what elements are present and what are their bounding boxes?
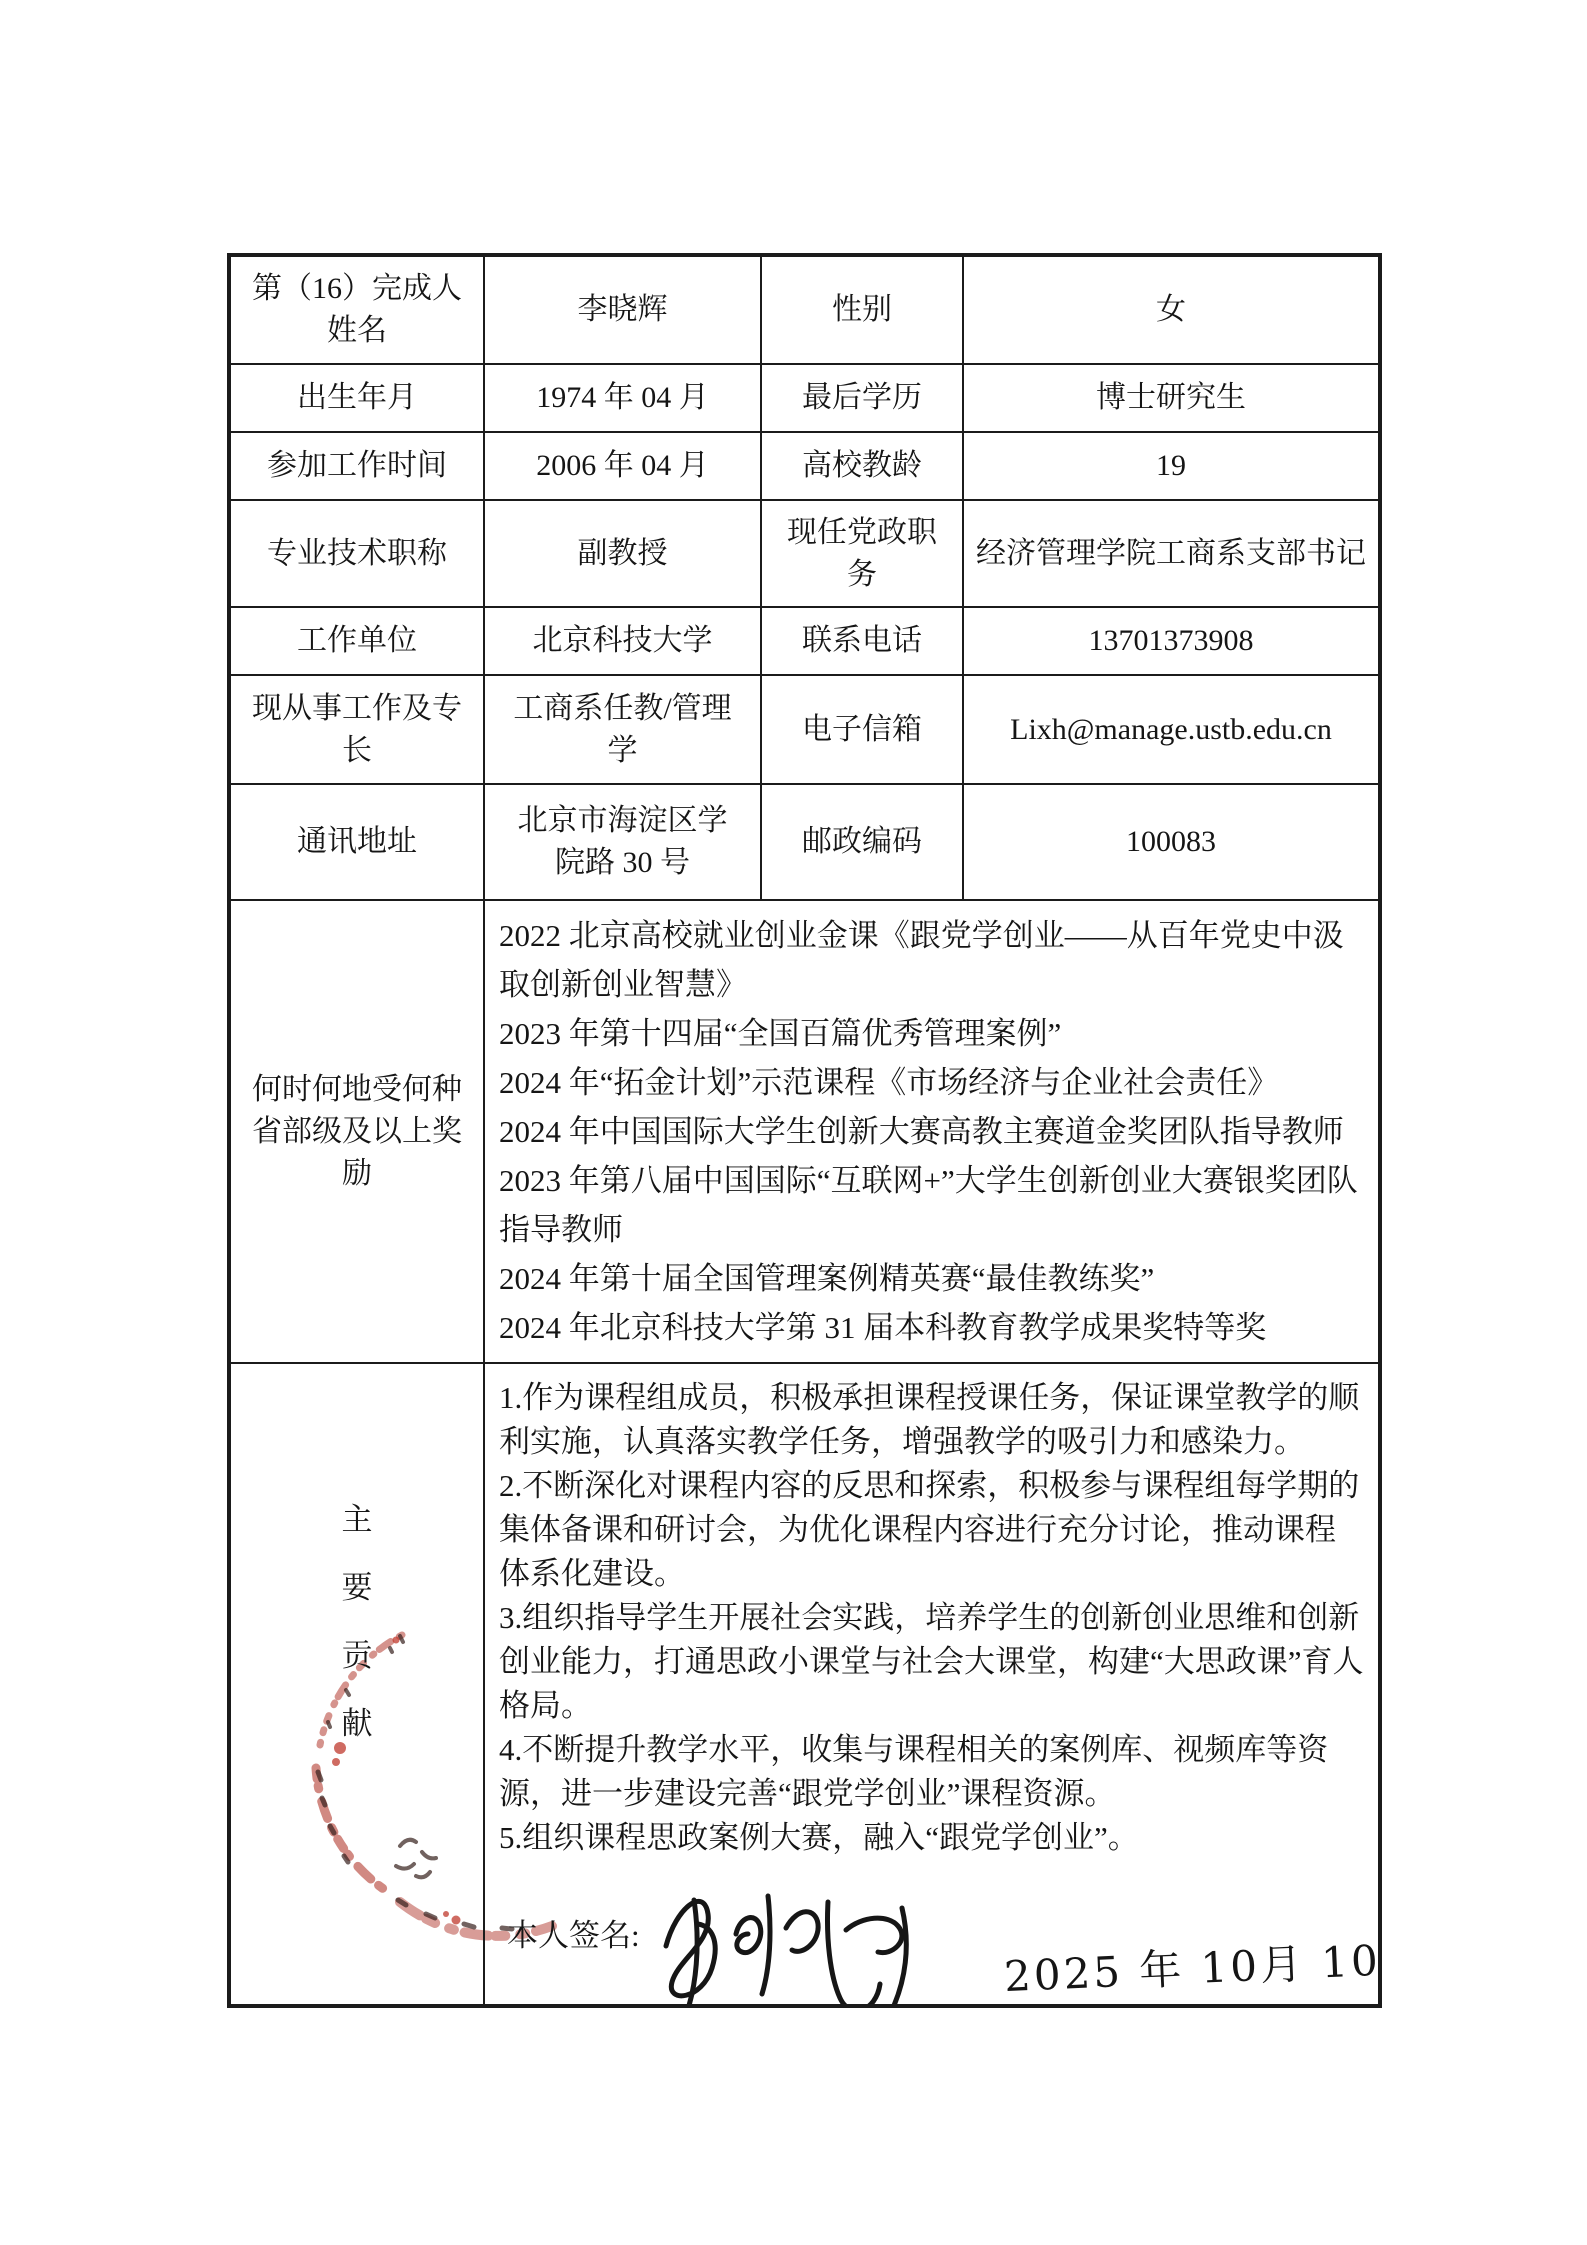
list-item: 2023 年第八届中国国际“互联网+”大学生创新创业大赛银奖团队指导教师 — [499, 1156, 1364, 1254]
list-item: 2.不断深化对课程内容的反思和探索，积极参与课程组每学期的集体备课和研讨会，为优… — [499, 1464, 1364, 1596]
list-item: 4.不断提升教学水平，收集与课程相关的案例库、视频库等资源，进一步建设完善“跟党… — [499, 1728, 1364, 1816]
field-label-employer: 工作单位 — [229, 607, 484, 675]
field-label-mailing-address: 通讯地址 — [229, 784, 484, 900]
field-value-phone: 13701373908 — [963, 607, 1380, 675]
awards-list: 2022 北京高校就业创业金课《跟党学创业——从百年党史中汲取创新创业智慧》20… — [484, 900, 1380, 1363]
field-label-work-start: 参加工作时间 — [229, 432, 484, 500]
field-label-current-work: 现从事工作及专长 — [229, 675, 484, 784]
personnel-form-table: 第（16）完成人姓名 李晓辉 性别 女 出生年月 1974 年 04 月 最后学… — [227, 253, 1382, 2008]
table-row: 参加工作时间 2006 年 04 月 高校教龄 19 — [229, 432, 1380, 500]
signature-block: 本人签名: — [507, 1874, 942, 2006]
list-item: 2023 年第十四届“全国百篇优秀管理案例” — [499, 1009, 1364, 1058]
field-label-postal-code: 邮政编码 — [761, 784, 963, 900]
signature-label: 本人签名: — [507, 1874, 640, 1958]
contributions-cell: 1.作为课程组成员，积极承担课程授课任务，保证课堂教学的顺利实施，认真落实教学任… — [484, 1363, 1380, 2006]
list-item: 2024 年“拓金计划”示范课程《市场经济与企业社会责任》 — [499, 1058, 1364, 1107]
field-value-work-start: 2006 年 04 月 — [484, 432, 761, 500]
list-item: 2024 年第十届全国管理案例精英赛“最佳教练奖” — [499, 1254, 1364, 1303]
field-label-highest-education: 最后学历 — [761, 364, 963, 432]
field-value-professional-title: 副教授 — [484, 500, 761, 607]
scanned-form-page: { "colors": { "border": "#1b1b1b", "text… — [0, 0, 1587, 2245]
field-value-highest-education: 博士研究生 — [963, 364, 1380, 432]
awards-label: 何时何地受何种省部级及以上奖励 — [229, 900, 484, 1363]
signature-handwriting-image — [642, 1874, 942, 2006]
field-value-teaching-years: 19 — [963, 432, 1380, 500]
field-label-gender: 性别 — [761, 255, 963, 364]
table-row: 通讯地址 北京市海淀区学院路 30 号 邮政编码 100083 — [229, 784, 1380, 900]
field-label-completer-name: 第（16）完成人姓名 — [229, 255, 484, 364]
field-value-completer-name: 李晓辉 — [484, 255, 761, 364]
field-label-professional-title: 专业技术职称 — [229, 500, 484, 607]
contributions-row: 主要贡献 1.作为课程组成员，积极承担课程授课任务，保证课堂教学的顺利实施，认真… — [229, 1363, 1380, 2006]
field-value-gender: 女 — [963, 255, 1380, 364]
field-label-birth-date: 出生年月 — [229, 364, 484, 432]
list-item: 2022 北京高校就业创业金课《跟党学创业——从百年党史中汲取创新创业智慧》 — [499, 911, 1364, 1009]
field-label-party-position: 现任党政职务 — [761, 500, 963, 607]
field-value-email: Lixh@manage.ustb.edu.cn — [963, 675, 1380, 784]
list-item: 1.作为课程组成员，积极承担课程授课任务，保证课堂教学的顺利实施，认真落实教学任… — [499, 1376, 1364, 1464]
list-item: 3.组织指导学生开展社会实践，培养学生的创新创业思维和创新创业能力，打通思政小课… — [499, 1596, 1364, 1728]
signature-date: 2025 年 10月 10日 — [1003, 1937, 1380, 1999]
table-row: 现从事工作及专长 工商系任教/管理学 电子信箱 Lixh@manage.ustb… — [229, 675, 1380, 784]
field-value-postal-code: 100083 — [963, 784, 1380, 900]
awards-row: 何时何地受何种省部级及以上奖励 2022 北京高校就业创业金课《跟党学创业——从… — [229, 900, 1380, 1363]
table-row: 出生年月 1974 年 04 月 最后学历 博士研究生 — [229, 364, 1380, 432]
field-label-phone: 联系电话 — [761, 607, 963, 675]
field-label-teaching-years: 高校教龄 — [761, 432, 963, 500]
field-label-email: 电子信箱 — [761, 675, 963, 784]
contributions-list: 1.作为课程组成员，积极承担课程授课任务，保证课堂教学的顺利实施，认真落实教学任… — [499, 1376, 1364, 1860]
list-item: 5.组织课程思政案例大赛，融入“跟党学创业”。 — [499, 1816, 1364, 1860]
field-value-party-position: 经济管理学院工商系支部书记 — [963, 500, 1380, 607]
table-row: 专业技术职称 副教授 现任党政职务 经济管理学院工商系支部书记 — [229, 500, 1380, 607]
field-value-mailing-address: 北京市海淀区学院路 30 号 — [484, 784, 761, 900]
table-row: 第（16）完成人姓名 李晓辉 性别 女 — [229, 255, 1380, 364]
list-item: 2024 年北京科技大学第 31 届本科教育教学成果奖特等奖 — [499, 1303, 1364, 1352]
list-item: 2024 年中国国际大学生创新大赛高教主赛道金奖团队指导教师 — [499, 1107, 1364, 1156]
table-row: 工作单位 北京科技大学 联系电话 13701373908 — [229, 607, 1380, 675]
field-value-birth-date: 1974 年 04 月 — [484, 364, 761, 432]
field-value-current-work: 工商系任教/管理学 — [484, 675, 761, 784]
field-value-employer: 北京科技大学 — [484, 607, 761, 675]
contributions-label: 主要贡献 — [229, 1363, 484, 2006]
